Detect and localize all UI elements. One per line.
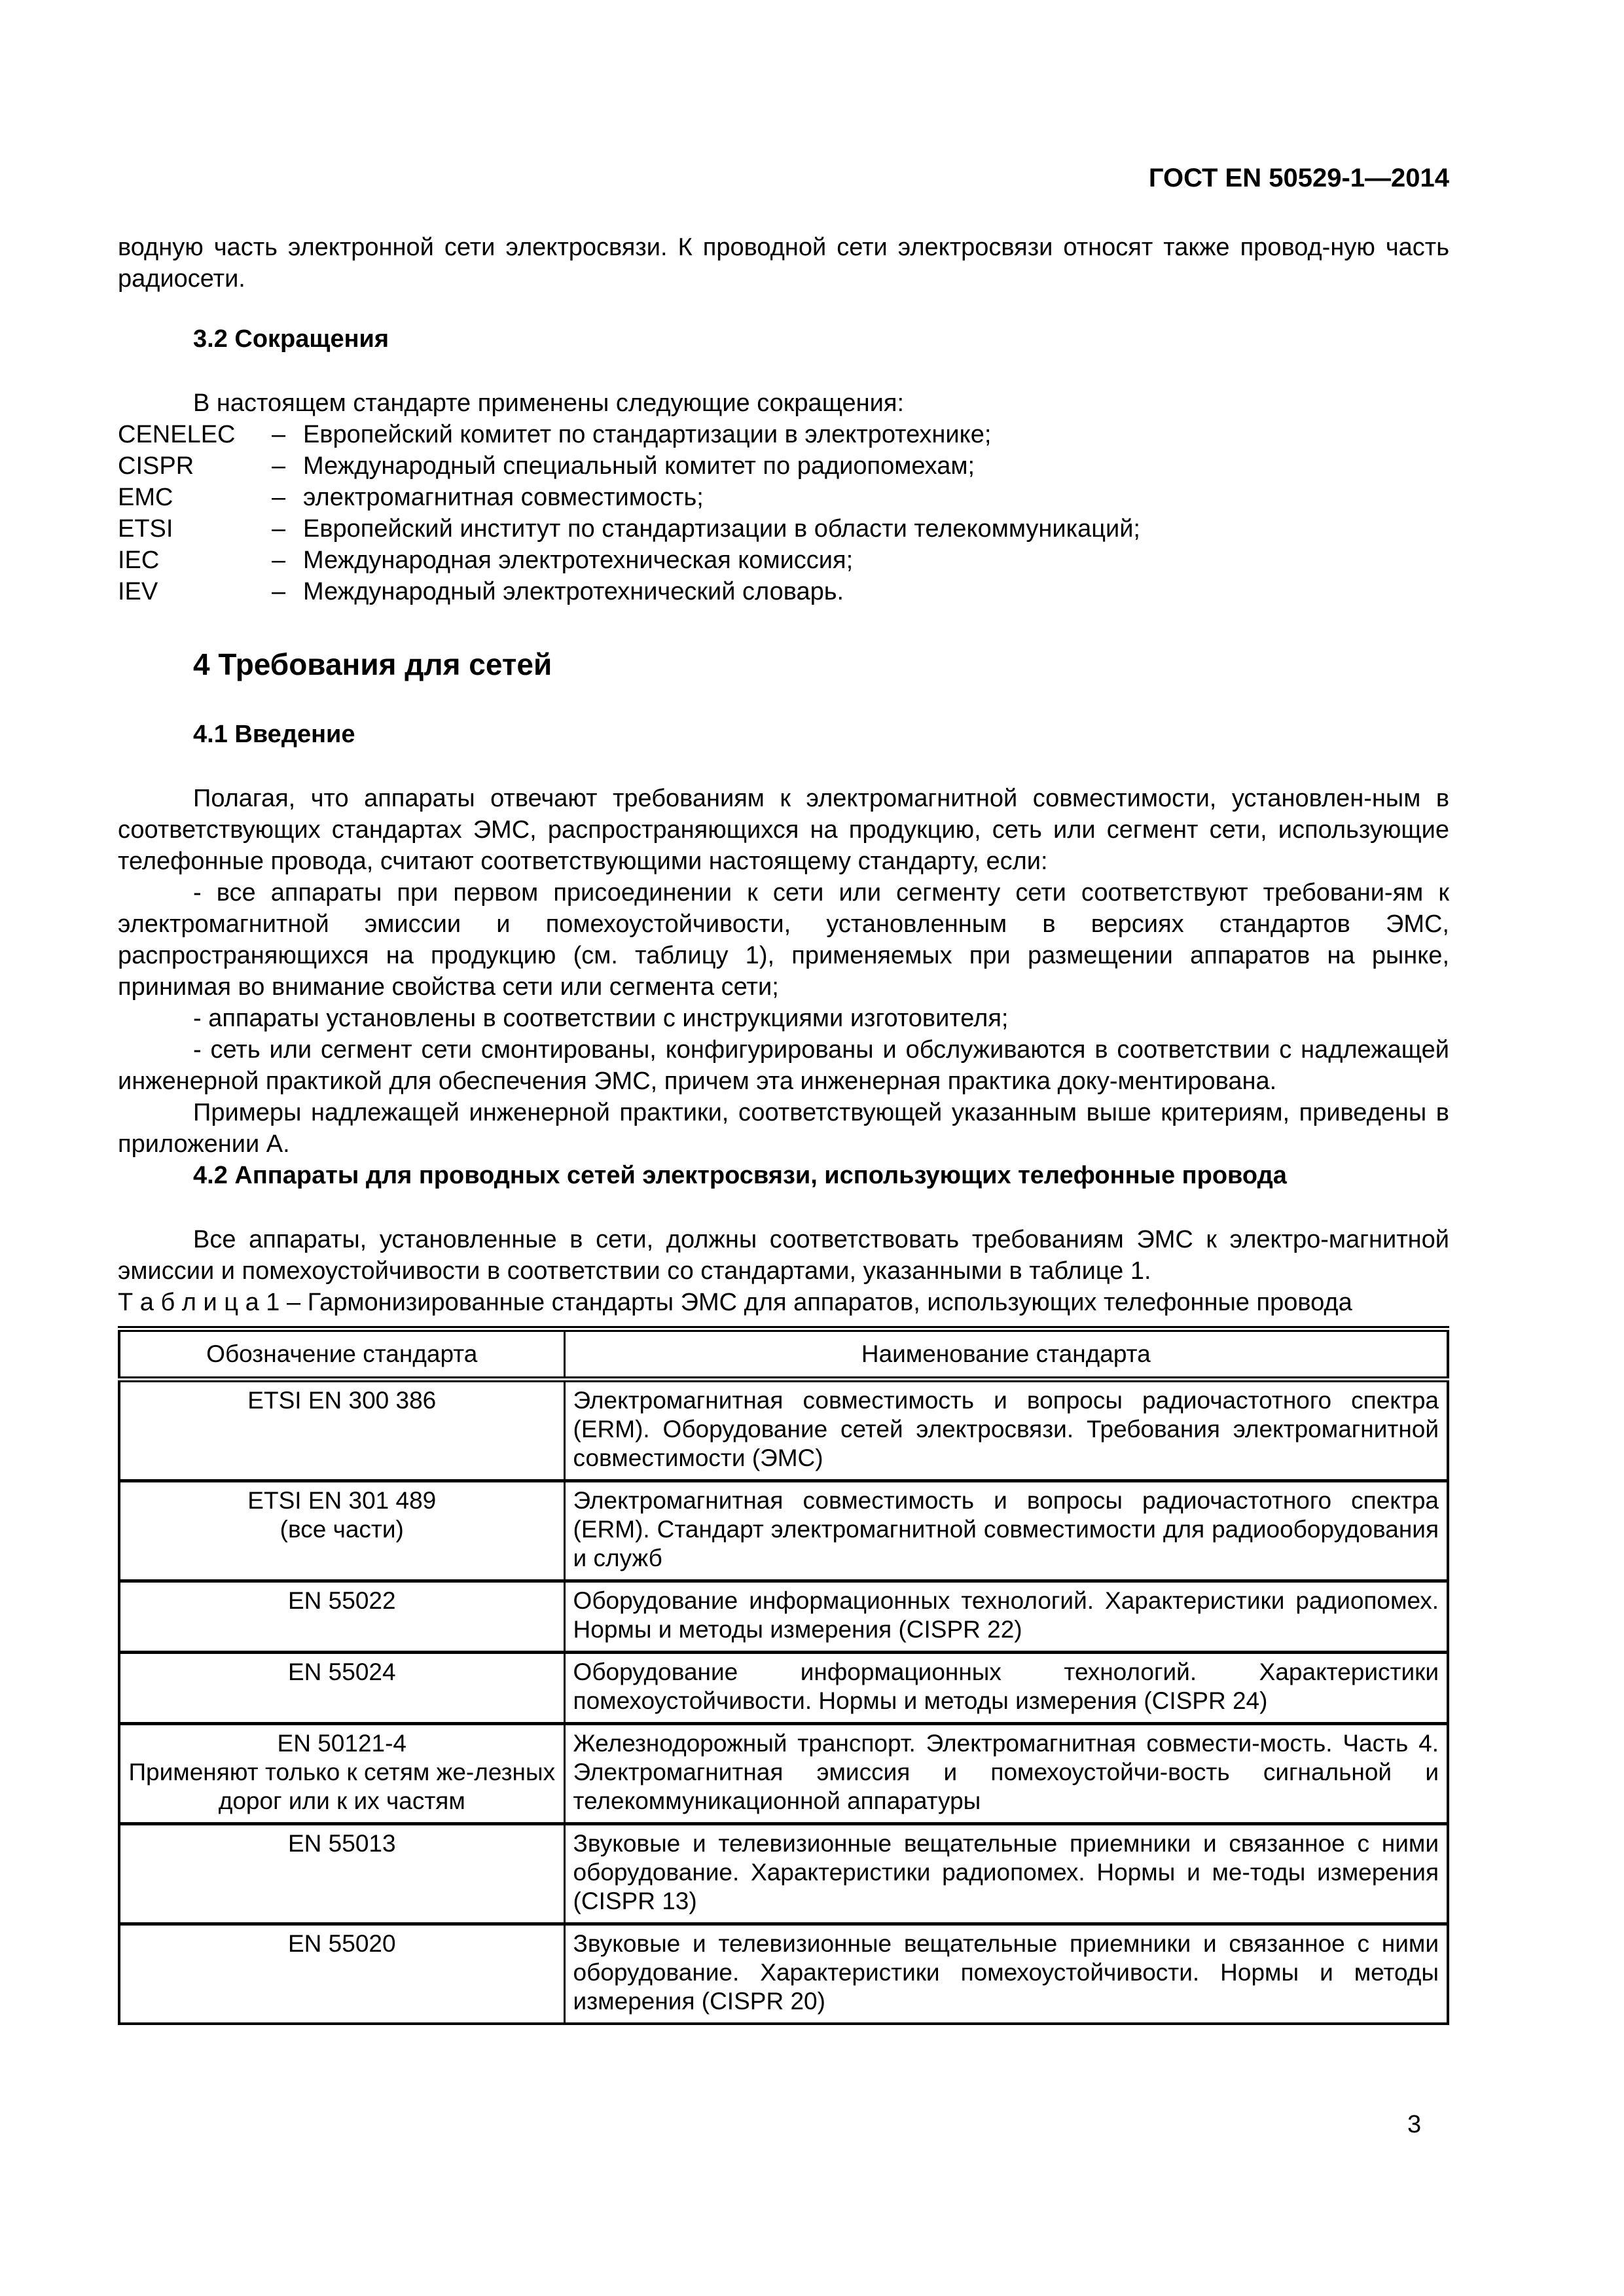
standard-designation: EN 55024 [119,1653,564,1724]
standard-designation: EN 55013 [119,1824,564,1924]
table-1-caption: Т а б л и ц а 1 – Гармонизированные стан… [118,1287,1449,1318]
section-3-2-heading: 3.2 Сокращения [118,323,1449,355]
section-4-2-paragraph: Все аппараты, установленные в сети, долж… [118,1224,1449,1287]
abbreviation-row: IEC – Международная электротехническая к… [118,545,1449,576]
section-4-1-paragraph: Примеры надлежащей инженерной практики, … [118,1097,1449,1160]
document-page: ГОСТ EN 50529-1—2014 водную часть электр… [0,0,1624,2296]
standard-name: Электромагнитная совместимость и вопросы… [564,1481,1448,1581]
table-row: ETSI EN 300 386 Электромагнитная совмест… [119,1380,1448,1481]
abbreviation-term: EMC [118,482,272,513]
abbreviation-row: CISPR – Международный специальный комите… [118,450,1449,482]
table-header-row: Обозначение стандарта Наименование станд… [119,1329,1448,1380]
abbreviation-term: CENELEC [118,419,272,450]
intro-paragraph: водную часть электронной сети электросвя… [118,232,1449,295]
abbreviation-definition: Европейский институт по стандартизации в… [303,513,1449,545]
section-4-1-paragraph: Полагая, что аппараты отвечают требовани… [118,783,1449,877]
abbreviation-dash: – [272,419,303,450]
column-header-name: Наименование стандарта [564,1329,1448,1380]
standard-name: Железнодорожный транспорт. Электромагнит… [564,1724,1448,1824]
abbreviation-row: EMC – электромагнитная совместимость; [118,482,1449,513]
abbreviation-row: ETSI – Европейский институт по стандарти… [118,513,1449,545]
standard-name: Звуковые и телевизионные вещательные при… [564,1924,1448,2024]
document-number-header: ГОСТ EN 50529-1—2014 [118,162,1449,194]
abbreviation-term: IEV [118,576,272,607]
abbreviation-definition: Европейский комитет по стандартизации в … [303,419,1449,450]
abbreviation-dash: – [272,482,303,513]
standard-designation: EN 55020 [119,1924,564,2024]
abbreviation-definition: Международная электротехническая комисси… [303,545,1449,576]
abbreviations-lead: В настоящем стандарте применены следующи… [118,387,1449,419]
abbreviation-term: CISPR [118,450,272,482]
abbreviation-term: IEC [118,545,272,576]
table-row: ETSI EN 301 489 (все части) Электромагни… [119,1481,1448,1581]
abbreviation-row: IEV – Международный электротехнический с… [118,576,1449,607]
table-row: EN 55024 Оборудование информационных тех… [119,1653,1448,1724]
section-4-1-paragraph: - все аппараты при первом присоединении … [118,877,1449,1003]
abbreviation-definition: Международный электротехнический словарь… [303,576,1449,607]
table-row: EN 55013 Звуковые и телевизионные вещате… [119,1824,1448,1924]
standard-designation: EN 50121-4 Применяют только к сетям же-л… [119,1724,564,1824]
standard-designation: ETSI EN 301 489 (все части) [119,1481,564,1581]
standard-designation: EN 55022 [119,1581,564,1653]
abbreviation-row: CENELEC – Европейский комитет по стандар… [118,419,1449,450]
table-row: EN 55022 Оборудование информационных тех… [119,1581,1448,1653]
standard-name: Оборудование информационных технологий. … [564,1653,1448,1724]
section-4-1-paragraph: - сеть или сегмент сети смонтированы, ко… [118,1034,1449,1097]
page-content: ГОСТ EN 50529-1—2014 водную часть электр… [118,162,1449,2025]
column-header-designation: Обозначение стандарта [119,1329,564,1380]
section-4-heading: 4 Требования для сетей [118,647,1449,682]
standard-designation: ETSI EN 300 386 [119,1380,564,1481]
page-number: 3 [1407,2109,1421,2140]
abbreviation-definition: электромагнитная совместимость; [303,482,1449,513]
table-row: EN 55020 Звуковые и телевизионные вещате… [119,1924,1448,2024]
abbreviation-dash: – [272,450,303,482]
section-4-2-heading: 4.2 Аппараты для проводных сетей электро… [118,1160,1449,1191]
abbreviation-list: CENELEC – Европейский комитет по стандар… [118,419,1449,607]
standard-name: Оборудование информационных технологий. … [564,1581,1448,1653]
table-row: EN 50121-4 Применяют только к сетям же-л… [119,1724,1448,1824]
standard-name: Электромагнитная совместимость и вопросы… [564,1380,1448,1481]
abbreviation-definition: Международный специальный комитет по рад… [303,450,1449,482]
abbreviation-dash: – [272,545,303,576]
abbreviation-term: ETSI [118,513,272,545]
standard-name: Звуковые и телевизионные вещательные при… [564,1824,1448,1924]
abbreviation-dash: – [272,513,303,545]
section-4-1-paragraph: - аппараты установлены в соответствии с … [118,1003,1449,1034]
abbreviation-dash: – [272,576,303,607]
section-4-1-heading: 4.1 Введение [118,719,1449,750]
table-1: Обозначение стандарта Наименование станд… [118,1326,1449,2025]
